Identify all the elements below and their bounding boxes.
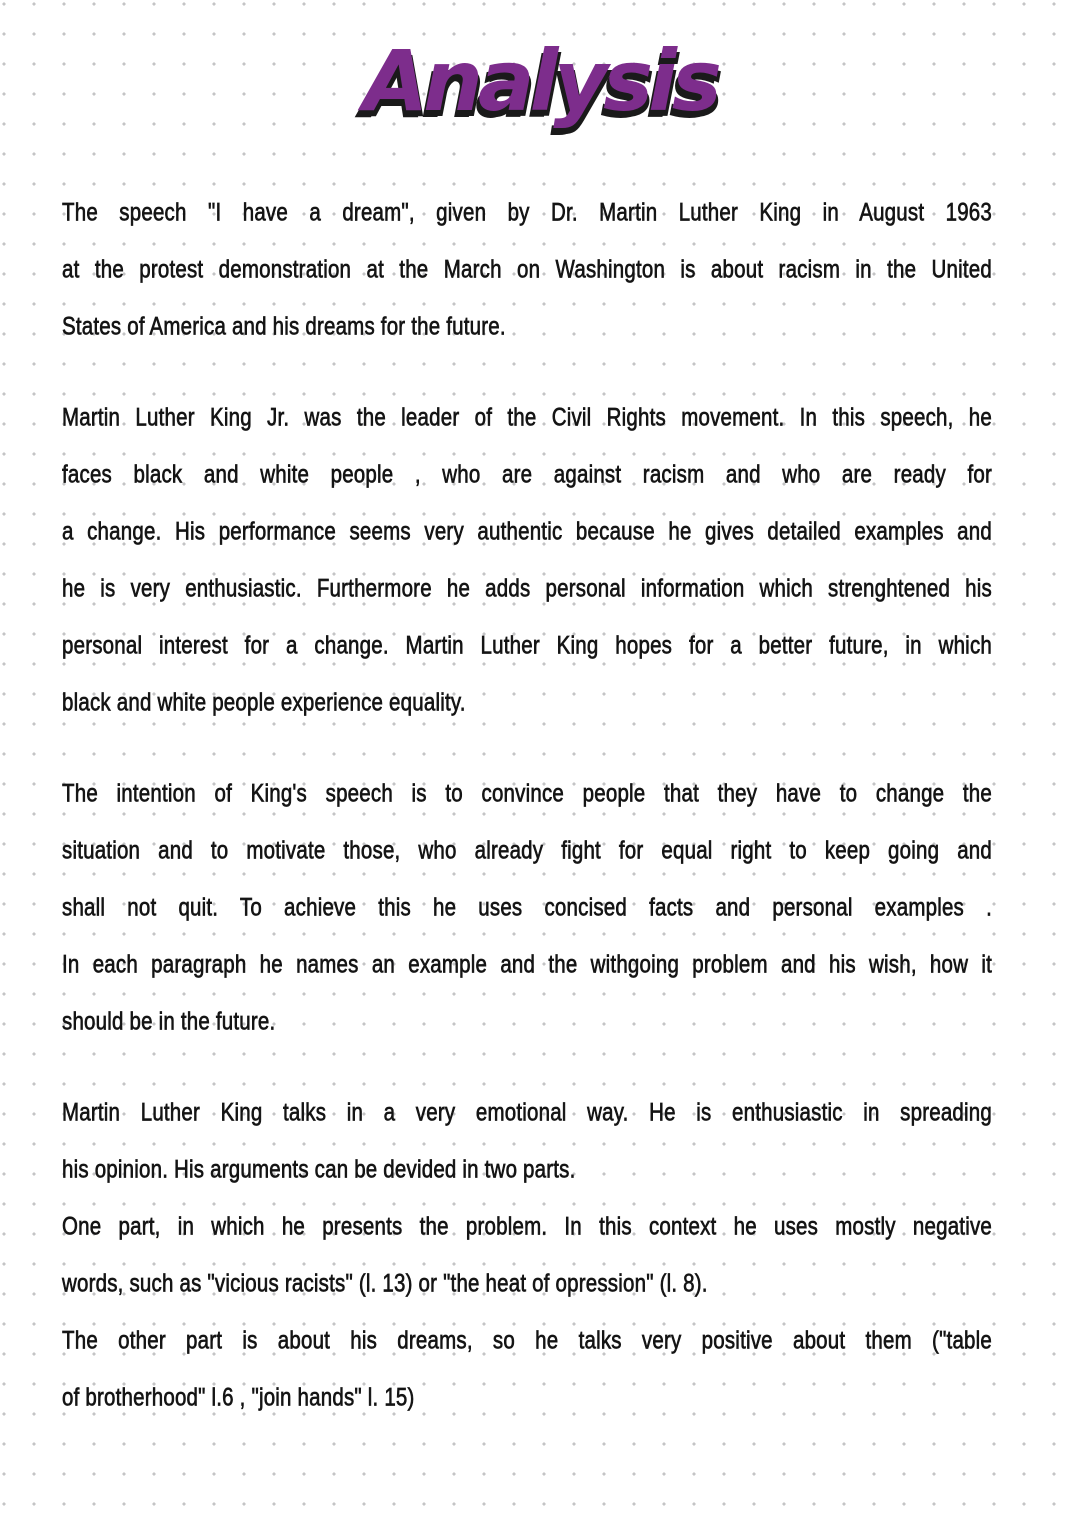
page-title: Analysis: [0, 0, 1080, 176]
essay-line: of brotherhood" l.6 , "join hands" l. 15…: [62, 1362, 992, 1433]
essay-line: black and white people experience equali…: [62, 667, 992, 738]
paragraph-style: Martin Luther King talks in a very emoti…: [62, 1084, 992, 1426]
paragraph-intro: The speech "I have a dream", given by Dr…: [62, 184, 992, 355]
paragraph-intention: The intention of King's speech is to con…: [62, 765, 992, 1050]
notebook-page: Analysis The speech "I have a dream", gi…: [0, 0, 1080, 1526]
paragraph-speaker: Martin Luther King Jr. was the leader of…: [62, 389, 992, 731]
essay-line: should be in the future.: [62, 986, 992, 1057]
essay-body: The speech "I have a dream", given by Dr…: [0, 176, 1080, 1426]
essay-line: States of America and his dreams for the…: [62, 291, 992, 362]
